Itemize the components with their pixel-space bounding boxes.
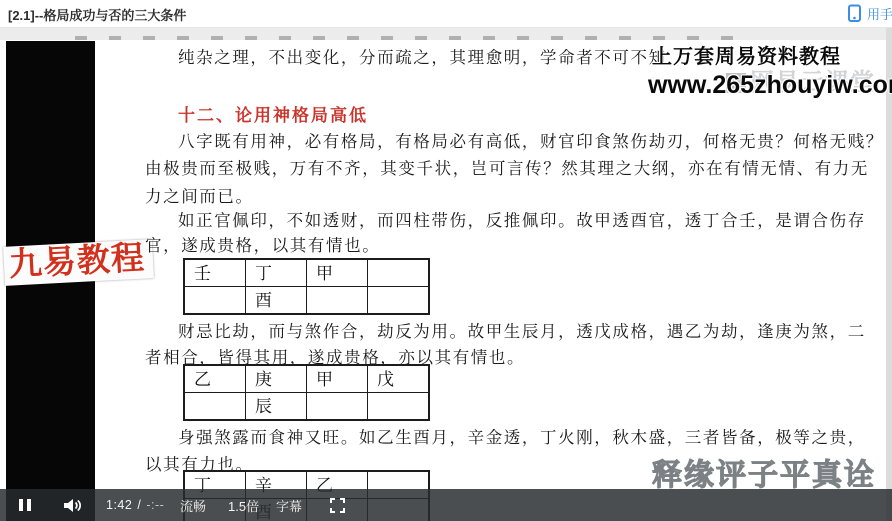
table-cell: 甲 (307, 365, 368, 393)
doc-line: 身强煞露而食神又旺。如乙生酉月，辛金透，丁火刚，秋木盛，三者皆备，极等之贵， (178, 428, 866, 449)
speed-button[interactable]: 1.5倍 (228, 489, 259, 521)
total-duration: -:-- (146, 498, 164, 512)
table-cell (307, 287, 368, 315)
table-cell (368, 259, 430, 287)
fullscreen-icon (330, 498, 345, 513)
page-title: [2.1]--格局成功与否的三大条件 (8, 5, 186, 24)
table-cell (307, 393, 368, 421)
doc-line: 由极贵而至极贱，万有不齐，其变千状，岂可言传？然其理之大纲，亦在有情无情、有力无 (145, 159, 869, 180)
table-cell (368, 393, 430, 421)
mobile-view-link[interactable]: 用手机 (847, 4, 892, 23)
time-separator: / (137, 498, 141, 512)
table-cell (184, 393, 246, 421)
table-cell: 壬 (184, 259, 246, 287)
table-cell (184, 287, 246, 315)
bazi-table-1: 壬 丁 甲 酉 (183, 258, 430, 315)
page: [2.1]--格局成功与否的三大条件 用手机 纯杂之理，不出变化，分而疏之，其理… (0, 0, 892, 521)
pause-button[interactable] (18, 489, 32, 521)
table-cell: 庚 (246, 365, 307, 393)
doc-line: 八字既有用神，必有格局，有格局必有高低，财官印食煞伤劫刃，何格无贵？何格无贱？ (178, 132, 884, 153)
section-heading: 十二、论用神格局高低 (178, 106, 368, 126)
table-cell: 辰 (246, 393, 307, 421)
phone-icon (847, 4, 862, 23)
banner-watermark-line2: www.265zhouyiw.com (648, 72, 892, 100)
doc-line: 如正官佩印，不如透财，而四柱带伤，反推佩印。故甲透酉官，透丁合壬，是谓合伤存 (178, 211, 866, 232)
current-time: 1:42 (106, 498, 132, 512)
table-cell: 乙 (184, 365, 246, 393)
table-cell (368, 287, 430, 315)
fullscreen-button[interactable] (330, 489, 345, 521)
player-controls: 1:42 / -:-- 流畅 1.5倍 字幕 (0, 489, 892, 521)
doc-line: 财忌比劫，而与煞作合，劫反为用。故甲生辰月，透戊成格，遇乙为劫，逢庚为煞，二 (178, 322, 866, 343)
title-bar: [2.1]--格局成功与否的三大条件 用手机 (0, 0, 892, 28)
mobile-link-label: 用手机 (867, 4, 892, 23)
doc-intro-line: 纯杂之理，不出变化，分而疏之，其理愈明，学命者不可不知 (178, 48, 667, 69)
volume-button[interactable] (64, 489, 83, 521)
red-label-watermark: 九易教程 (3, 239, 154, 285)
video-player[interactable]: 纯杂之理，不出变化，分而疏之，其理愈明，学命者不可不知 十二、论用神格局高低 八… (0, 27, 892, 521)
pause-icon (18, 498, 32, 512)
table-cell: 甲 (307, 259, 368, 287)
bazi-table-2: 乙 庚 甲 戊 辰 (183, 364, 430, 421)
quality-button[interactable]: 流畅 (180, 489, 206, 521)
bottom-right-watermark: 释缘评子平真诠 (652, 459, 876, 492)
red-label-text: 九易教程 (8, 239, 146, 283)
time-display: 1:42 / -:-- (106, 489, 164, 521)
clipped-text-line (75, 36, 735, 40)
doc-line: 官，遂成贵格，以其有情也。 (145, 236, 380, 257)
doc-line: 力之间而已。 (145, 187, 254, 208)
table-cell: 戊 (368, 365, 430, 393)
table-cell: 丁 (246, 259, 307, 287)
banner-watermark-line1: 上万套周易资料教程 (652, 46, 841, 68)
subtitle-button[interactable]: 字幕 (276, 489, 302, 521)
volume-icon (64, 498, 83, 513)
right-edge-strip (886, 27, 892, 521)
table-cell: 酉 (246, 287, 307, 315)
